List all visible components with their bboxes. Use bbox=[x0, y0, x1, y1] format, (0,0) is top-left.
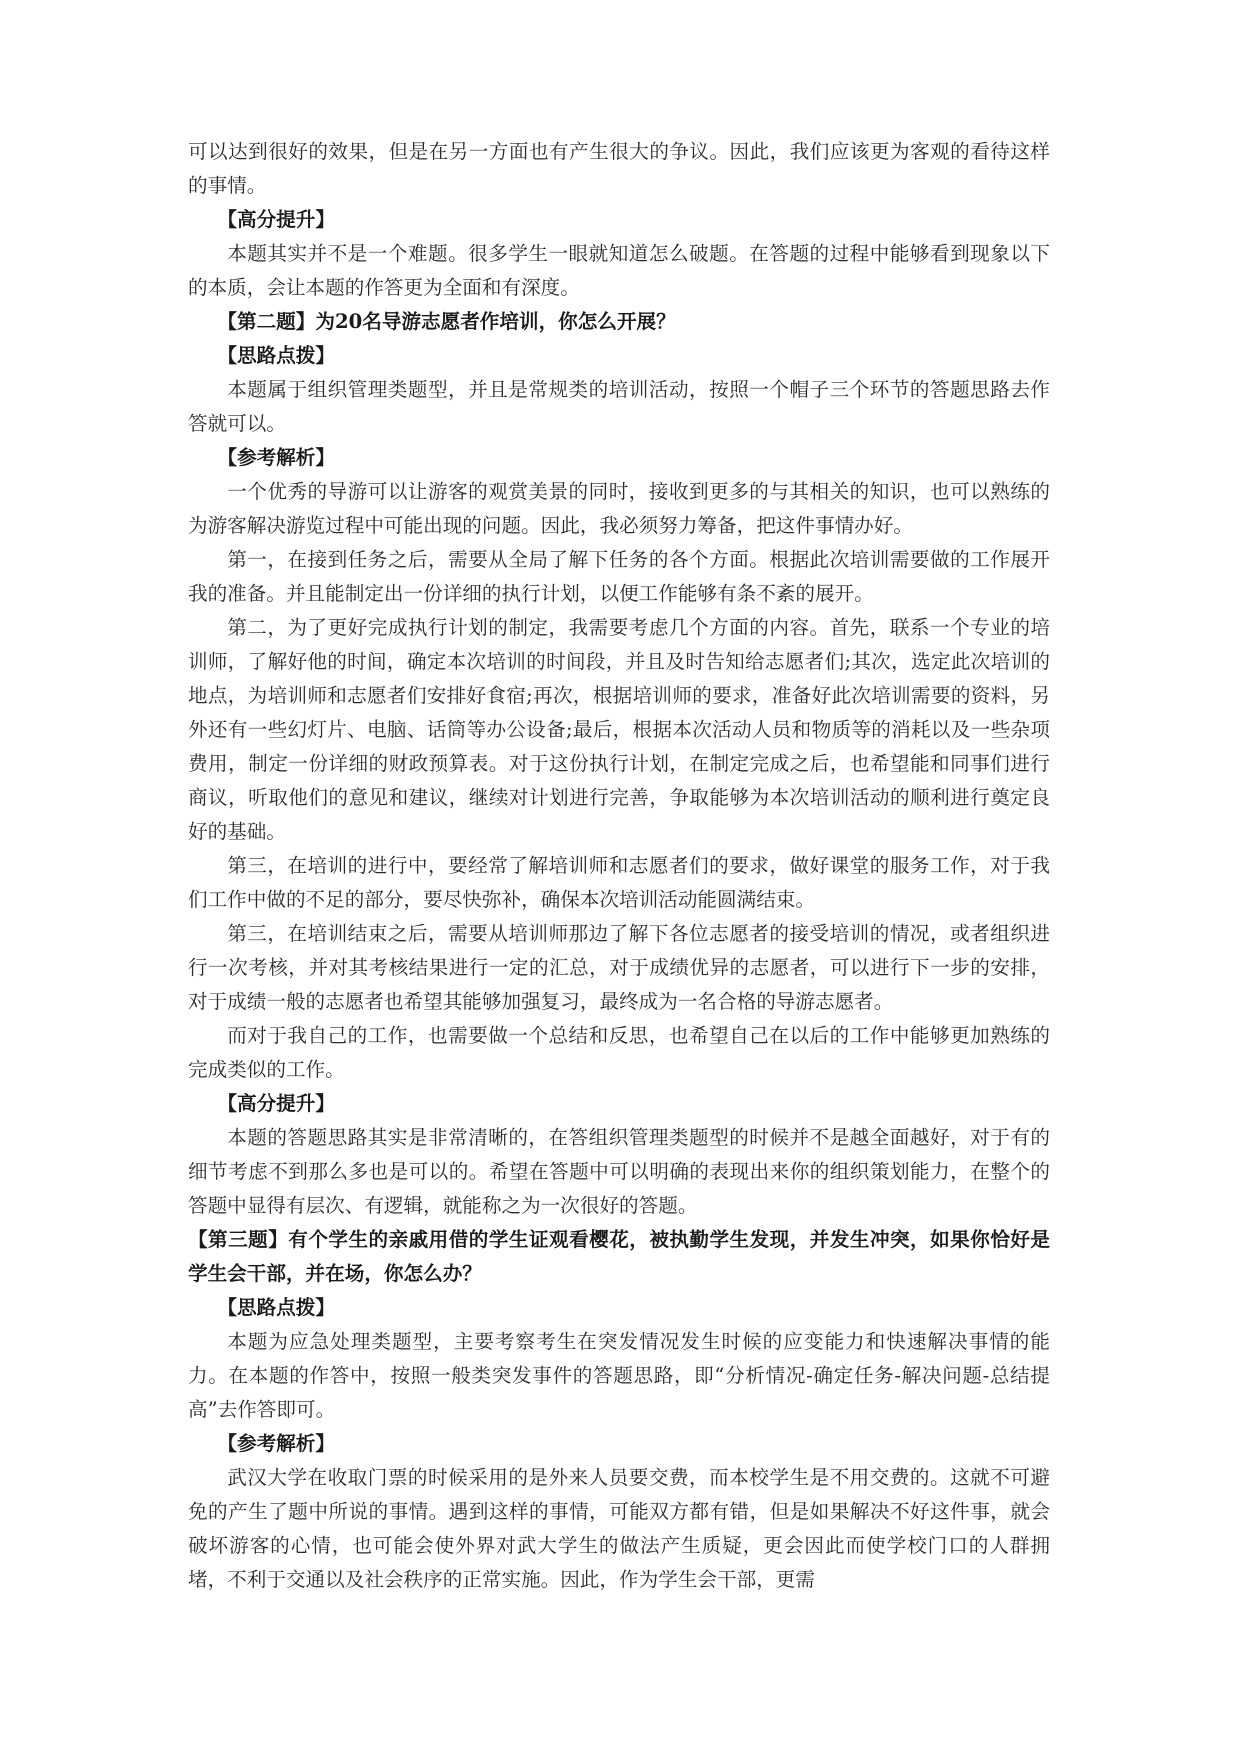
heading-approach-hint-3: 【思路点拨】 bbox=[188, 1291, 1050, 1325]
heading-reference-answer-2: 【参考解析】 bbox=[188, 441, 1050, 475]
paragraph-answer-2-second: 第二，为了更好完成执行计划的制定，我需要考虑几个方面的内容。首先，联系一个专业的… bbox=[188, 611, 1050, 849]
paragraph-high-score-tips-1: 本题其实并不是一个难题。很多学生一眼就知道怎么破题。在答题的过程中能够看到现象以… bbox=[188, 237, 1050, 305]
paragraph-approach-hint-2: 本题属于组织管理类题型，并且是常规类的培训活动，按照一个帽子三个环节的答题思路去… bbox=[188, 373, 1050, 441]
paragraph-answer-2-conclusion: 而对于我自己的工作，也需要做一个总结和反思，也希望自己在以后的工作中能够更加熟练… bbox=[188, 1019, 1050, 1087]
paragraph-approach-hint-3: 本题为应急处理类题型，主要考察考生在突发情况发生时候的应变能力和快速解决事情的能… bbox=[188, 1325, 1050, 1427]
paragraph-intro-continuation: 可以达到很好的效果，但是在另一方面也有产生很大的争议。因此，我们应该更为客观的看… bbox=[188, 135, 1050, 203]
paragraph-answer-2-third-a: 第三，在培训的进行中，要经常了解培训师和志愿者们的要求，做好课堂的服务工作，对于… bbox=[188, 849, 1050, 917]
paragraph-answer-2-first: 第一，在接到任务之后，需要从全局了解下任务的各个方面。根据此次培训需要做的工作展… bbox=[188, 543, 1050, 611]
paragraph-answer-2-intro: 一个优秀的导游可以让游客的观赏美景的同时，接收到更多的与其相关的知识，也可以熟练… bbox=[188, 475, 1050, 543]
paragraph-answer-2-third-b: 第三，在培训结束之后，需要从培训师那边了解下各位志愿者的接受培训的情况，或者组织… bbox=[188, 917, 1050, 1019]
paragraph-answer-3-intro: 武汉大学在收取门票的时候采用的是外来人员要交费，而本校学生是不用交费的。这就不可… bbox=[188, 1461, 1050, 1597]
heading-approach-hint-2: 【思路点拨】 bbox=[188, 339, 1050, 373]
heading-reference-answer-3: 【参考解析】 bbox=[188, 1427, 1050, 1461]
heading-high-score-tips-2: 【高分提升】 bbox=[188, 1087, 1050, 1121]
document-page: 可以达到很好的效果，但是在另一方面也有产生很大的争议。因此，我们应该更为客观的看… bbox=[188, 135, 1050, 1597]
paragraph-high-score-tips-2: 本题的答题思路其实是非常清晰的，在答组织管理类题型的时候并不是越全面越好，对于有… bbox=[188, 1121, 1050, 1223]
heading-high-score-tips-1: 【高分提升】 bbox=[188, 203, 1050, 237]
heading-question-3: 【第三题】有个学生的亲戚用借的学生证观看樱花，被执勤学生发现，并发生冲突，如果你… bbox=[188, 1223, 1050, 1291]
heading-question-2: 【第二题】为20名导游志愿者作培训，你怎么开展？ bbox=[188, 305, 1050, 339]
